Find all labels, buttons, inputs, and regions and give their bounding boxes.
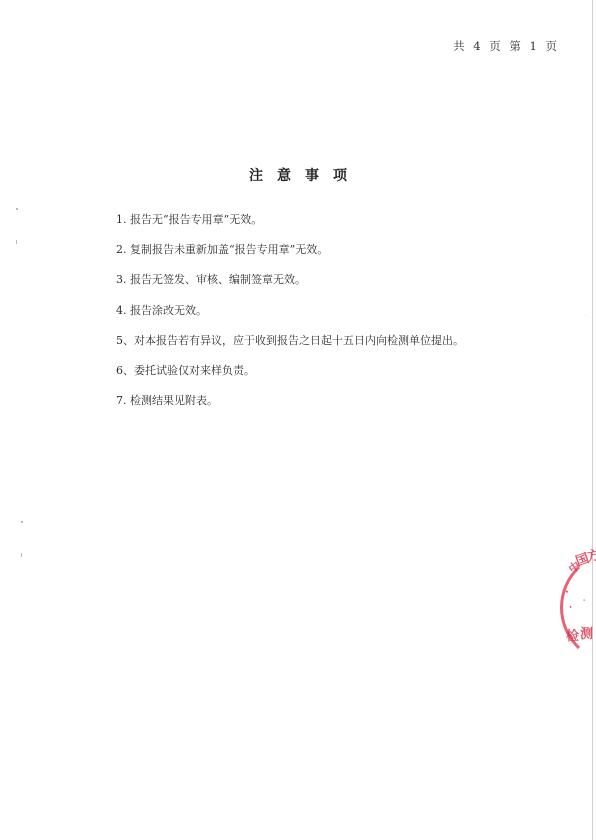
- seal-char: 方: [586, 549, 596, 564]
- seal-char: 检: [566, 630, 579, 643]
- scan-speck: [16, 208, 18, 210]
- seal-dot: -: [583, 598, 586, 604]
- note-item-1: 1. 报告无“报告专用章”无效。: [116, 212, 464, 228]
- note-item-2: 2. 复制报告未重新加盖“报告专用章”无效。: [116, 242, 464, 258]
- page-counter: 共 4 页 第 1 页: [453, 38, 558, 54]
- page-title: 注意事项: [0, 165, 596, 185]
- note-item-5: 5、对本报告若有异议，应于收到报告之日起十五日内向检测单位提出。: [116, 333, 464, 349]
- scan-speck: [585, 315, 586, 316]
- scan-speck: [122, 340, 123, 341]
- note-item-7: 7. 检测结果见附表。: [116, 393, 464, 409]
- scan-speck: [21, 521, 23, 523]
- scan-speck: [16, 240, 17, 244]
- seal-dot: •: [565, 590, 569, 596]
- document-page: 共 4 页 第 1 页 注意事项 1. 报告无“报告专用章”无效。 2. 复制报…: [0, 0, 596, 840]
- note-item-4: 4. 报告涂改无效。: [116, 303, 464, 319]
- scan-edge-line: [592, 0, 593, 840]
- scan-speck: [21, 553, 22, 557]
- note-item-6: 6、委托试验仅对来样负责。: [116, 363, 464, 379]
- notes-list: 1. 报告无“报告专用章”无效。 2. 复制报告未重新加盖“报告专用章”无效。 …: [116, 212, 464, 423]
- note-item-3: 3. 报告无签发、审核、编制签章无效。: [116, 272, 464, 288]
- seal-char: 测: [580, 628, 593, 641]
- seal-dot: •: [569, 606, 572, 611]
- official-seal-stamp: 中 国 方 • • - 检 测: [556, 548, 596, 663]
